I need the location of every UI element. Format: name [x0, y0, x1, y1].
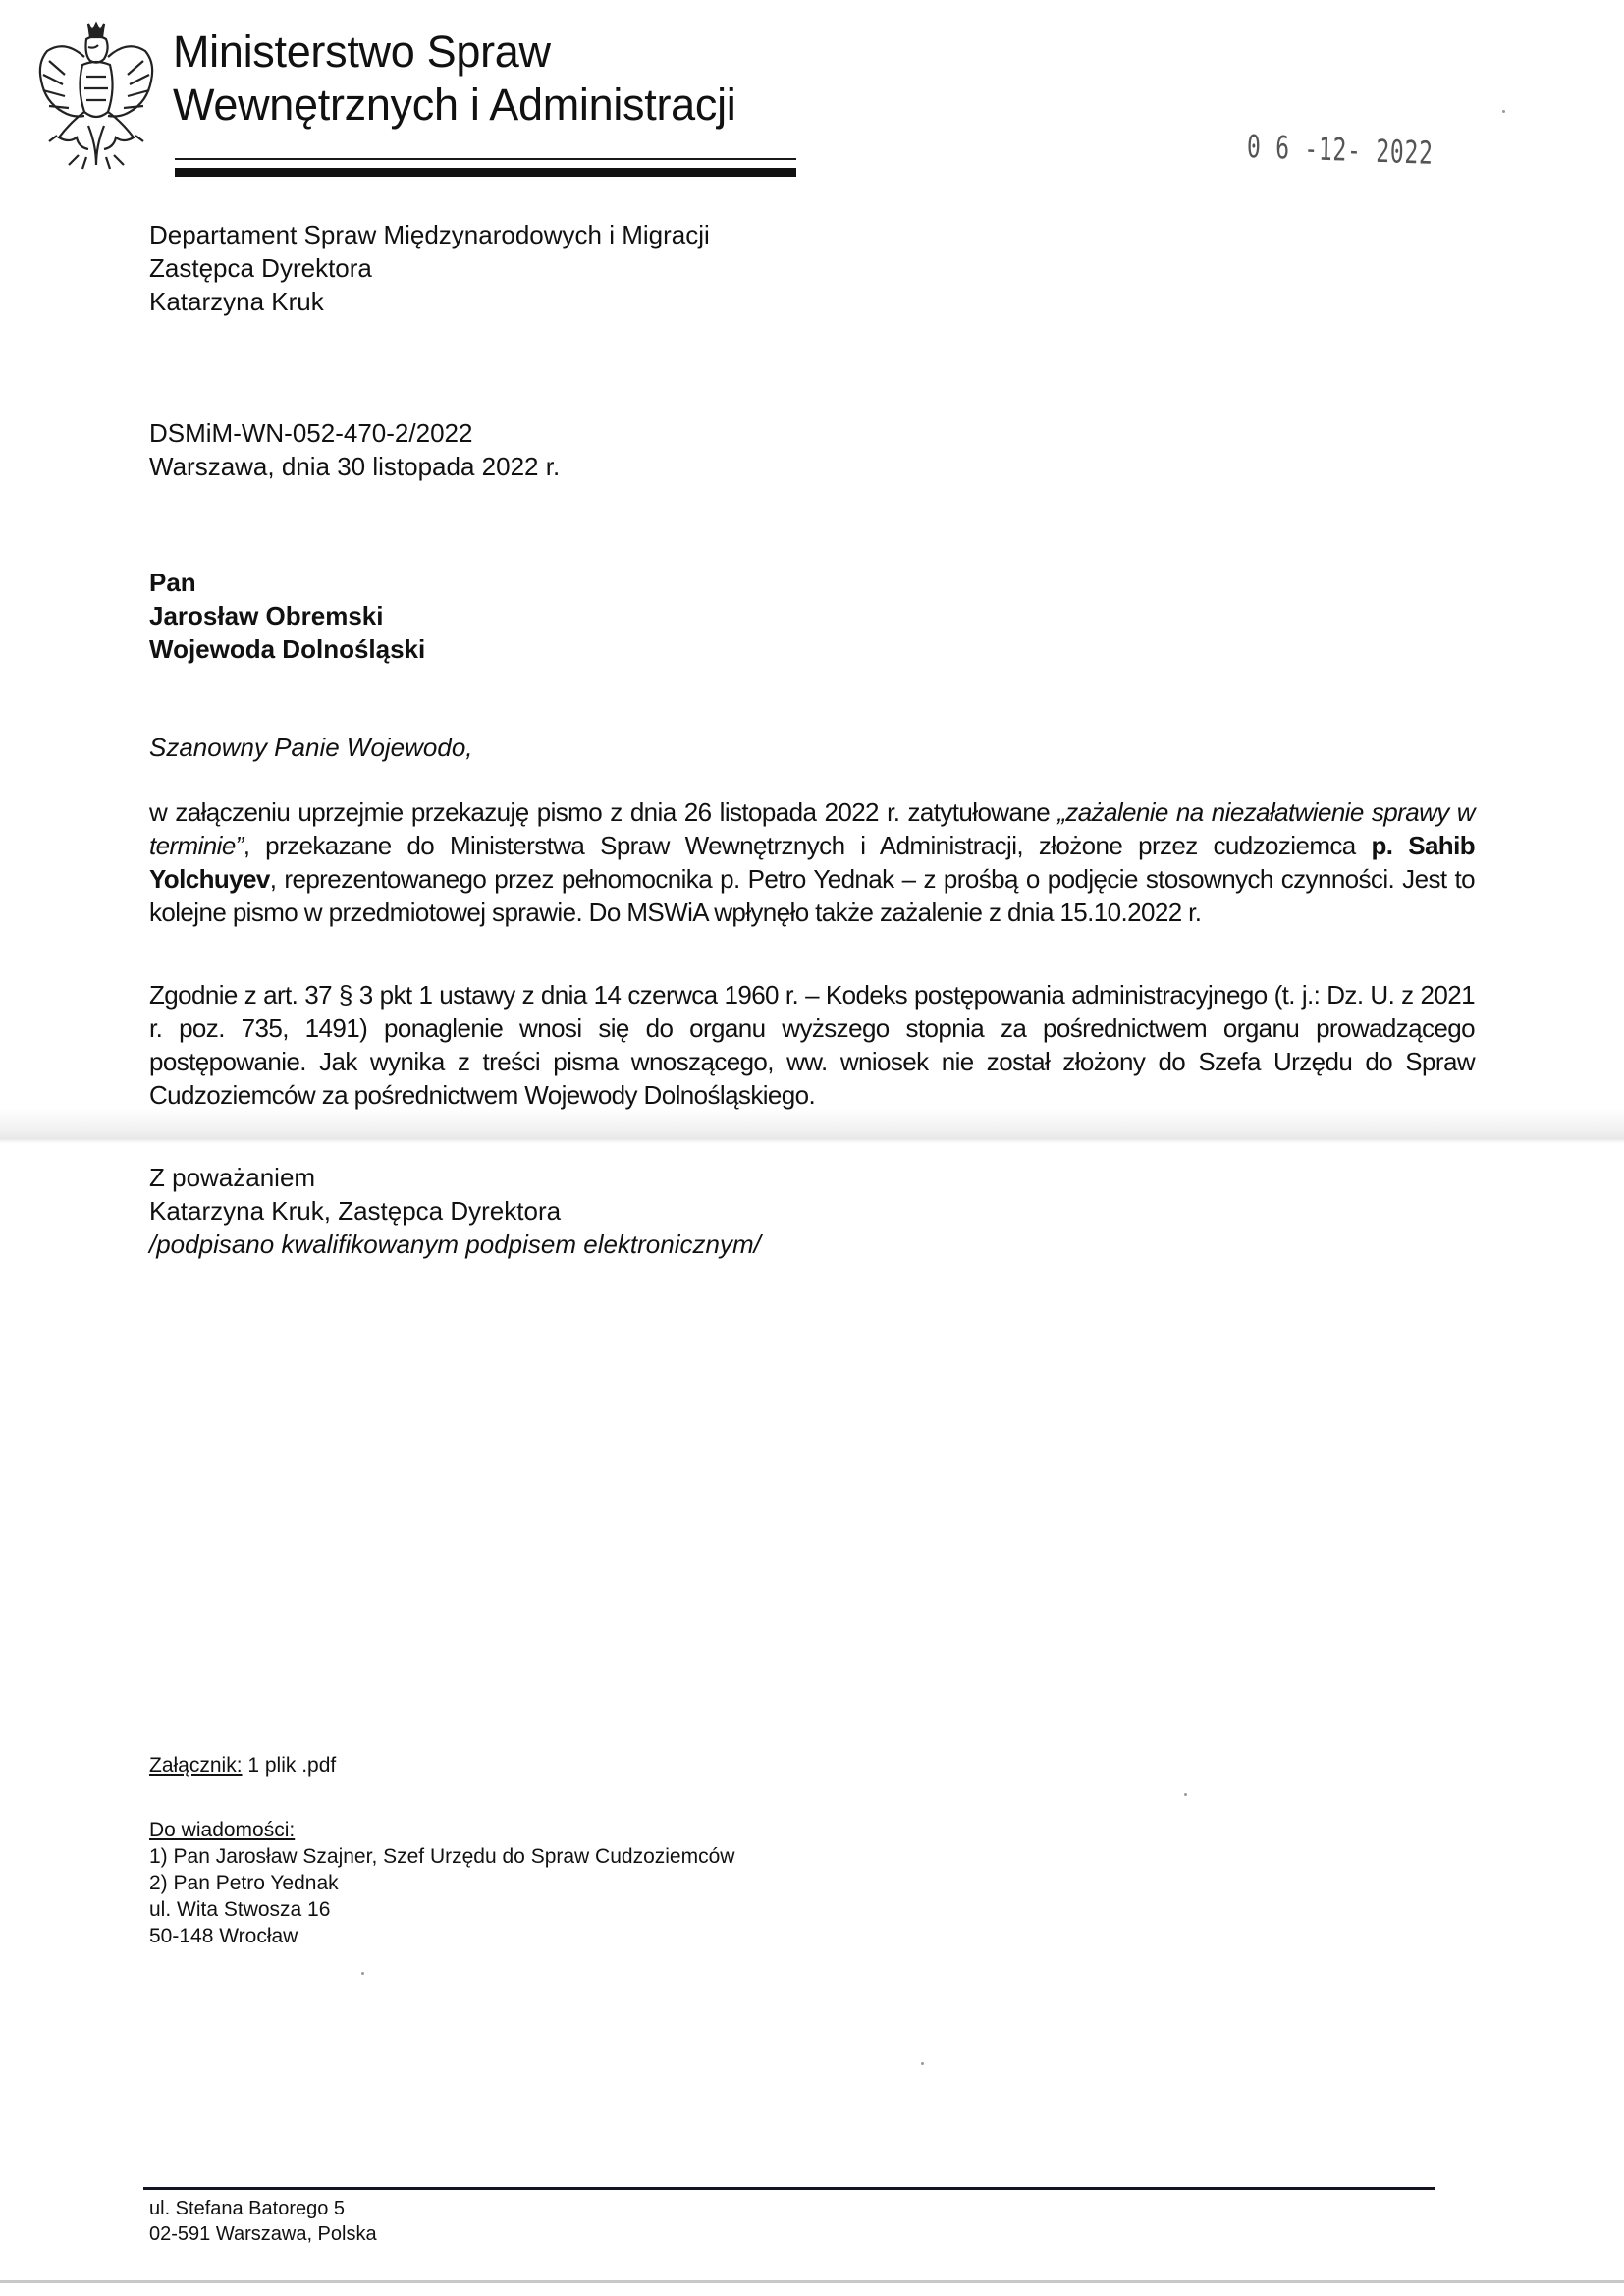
body-paragraph-1: w załączeniu uprzejmie przekazuję pismo … — [149, 795, 1475, 929]
attachment-value: 1 plik .pdf — [243, 1754, 337, 1777]
cc-line: ul. Wita Stwosza 16 — [149, 1896, 734, 1923]
cc-block: Do wiadomości: 1) Pan Jarosław Szajner, … — [149, 1817, 734, 1949]
signatory: Katarzyna Kruk, Zastępca Dyrektora — [149, 1194, 761, 1228]
sender-name: Katarzyna Kruk — [149, 285, 710, 318]
paper-fold-shadow — [0, 1108, 1624, 1143]
scan-speck — [921, 2062, 924, 2065]
footer-rule — [143, 2187, 1435, 2190]
signature-note: /podpisano kwalifikowanym podpisem elekt… — [149, 1228, 761, 1261]
cc-label: Do wiadomości: — [149, 1817, 734, 1843]
cc-line: 1) Pan Jarosław Szajner, Szef Urzędu do … — [149, 1843, 734, 1870]
footer-city: 02-591 Warszawa, Polska — [149, 2221, 377, 2247]
addressee-name: Jarosław Obremski — [149, 599, 425, 632]
scan-speck — [361, 1972, 364, 1975]
scan-speck — [1502, 110, 1505, 113]
ministry-name-line1: Ministerstwo Spraw — [173, 26, 735, 79]
closing-regards: Z poważaniem — [149, 1161, 761, 1194]
polish-eagle-emblem-icon — [27, 18, 165, 175]
cc-line: 50-148 Wrocław — [149, 1923, 734, 1949]
cc-line: 2) Pan Petro Yednak — [149, 1870, 734, 1896]
salutation: Szanowny Panie Wojewodo, — [149, 731, 473, 764]
addressee-title: Pan — [149, 566, 425, 599]
closing-block: Z poważaniem Katarzyna Kruk, Zastępca Dy… — [149, 1161, 761, 1261]
para1-text-3: , reprezentowanego przez pełnomocnika p.… — [149, 864, 1475, 927]
attachment-label: Załącznik: — [149, 1754, 243, 1777]
ministry-name-line2: Wewnętrznych i Administracji — [173, 79, 735, 132]
received-date-stamp: 0 6 -12- 2022 — [1247, 128, 1434, 172]
para1-text-2: , przekazane do Ministerstwa Spraw Wewnę… — [244, 831, 1372, 860]
body-paragraph-2: Zgodnie z art. 37 § 3 pkt 1 ustawy z dni… — [149, 978, 1475, 1112]
reference-number: DSMiM-WN-052-470-2/2022 — [149, 416, 560, 450]
footer-street: ul. Stefana Batorego 5 — [149, 2196, 377, 2221]
header-rule-thin — [175, 158, 796, 160]
sender-block: Departament Spraw Międzynarodowych i Mig… — [149, 218, 710, 318]
addressee-position: Wojewoda Dolnośląski — [149, 632, 425, 666]
footer-address: ul. Stefana Batorego 5 02-591 Warszawa, … — [149, 2196, 377, 2247]
scan-speck — [1184, 1793, 1187, 1796]
attachment-line: Załącznik: 1 plik .pdf — [149, 1752, 336, 1778]
addressee-block: Pan Jarosław Obremski Wojewoda Dolnośląs… — [149, 566, 425, 666]
header-rule-thick — [175, 168, 796, 177]
ministry-name: Ministerstwo Spraw Wewnętrznych i Admini… — [173, 26, 735, 132]
reference-block: DSMiM-WN-052-470-2/2022 Warszawa, dnia 3… — [149, 416, 560, 483]
place-date: Warszawa, dnia 30 listopada 2022 r. — [149, 450, 560, 483]
sender-position: Zastępca Dyrektora — [149, 251, 710, 285]
sender-department: Departament Spraw Międzynarodowych i Mig… — [149, 218, 710, 251]
scan-edge — [0, 2280, 1624, 2283]
para1-text-1: w załączeniu uprzejmie przekazuję pismo … — [149, 797, 1057, 827]
